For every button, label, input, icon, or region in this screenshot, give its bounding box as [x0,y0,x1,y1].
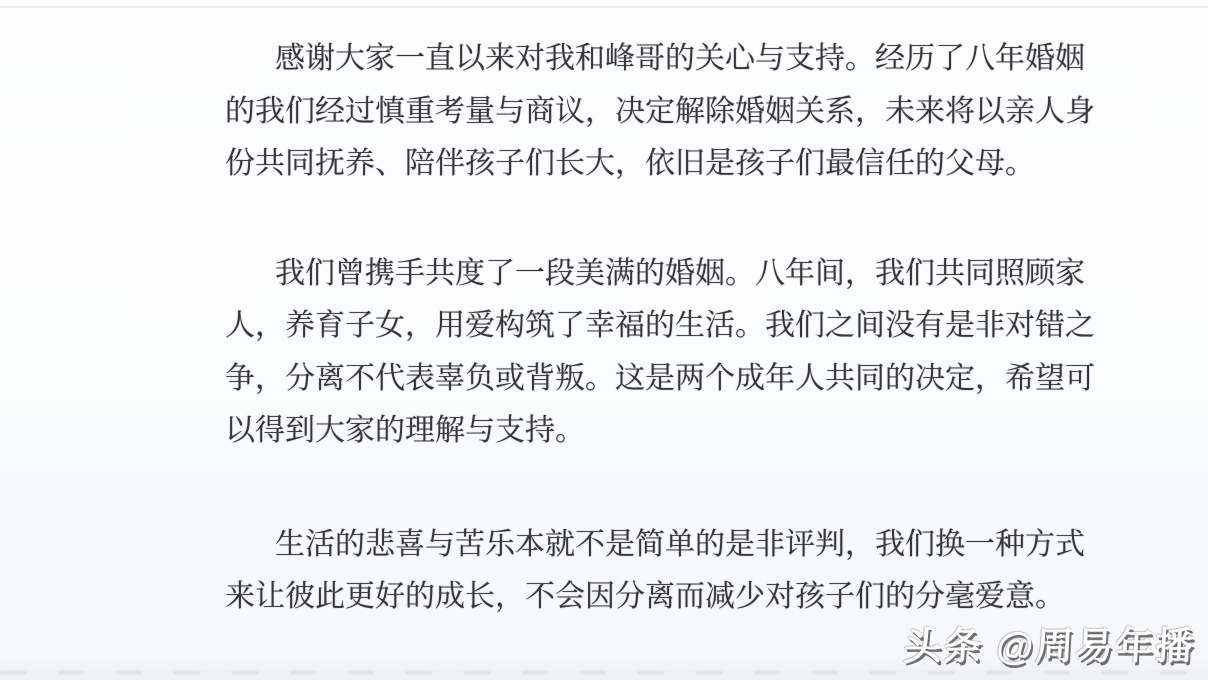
text-line: 争，分离不代表辜负或背叛。这是两个成年人共同的决定，希望可 [225,353,1145,406]
text-line: 我们曾携手共度了一段美满的婚姻。八年间，我们共同照顾家 [225,248,1145,301]
text-line: 感谢大家一直以来对我和峰哥的关心与支持。经历了八年婚姻 [225,33,1145,86]
text-line: 份共同抚养、陪伴孩子们长大，依旧是孩子们最信任的父母。 [225,138,1145,191]
document-photo: 感谢大家一直以来对我和峰哥的关心与支持。经历了八年婚姻 的我们经过慎重考量与商议… [0,0,1208,680]
text-line: 的我们经过慎重考量与商议，决定解除婚姻关系，未来将以亲人身 [225,86,1145,139]
text-line: 以得到大家的理解与支持。 [225,405,1145,458]
scan-edge-top [0,6,1208,8]
paragraph-1: 感谢大家一直以来对我和峰哥的关心与支持。经历了八年婚姻 的我们经过慎重考量与商议… [225,33,1145,191]
paragraph-2: 我们曾携手共度了一段美满的婚姻。八年间，我们共同照顾家 人，养育子女，用爱构筑了… [225,248,1145,458]
toutiao-watermark: 头条 @周易年播 [903,615,1198,670]
document-text: 感谢大家一直以来对我和峰哥的关心与支持。经历了八年婚姻 的我们经过慎重考量与商议… [225,33,1145,624]
text-line: 人，养育子女，用爱构筑了幸福的生活。我们之间没有是非对错之 [225,300,1145,353]
paragraph-3: 生活的悲喜与苦乐本就不是简单的是非评判，我们换一种方式 来让彼此更好的成长，不会… [225,519,1145,624]
scan-edge-bottom [0,671,1208,674]
text-line: 生活的悲喜与苦乐本就不是简单的是非评判，我们换一种方式 [225,519,1145,572]
